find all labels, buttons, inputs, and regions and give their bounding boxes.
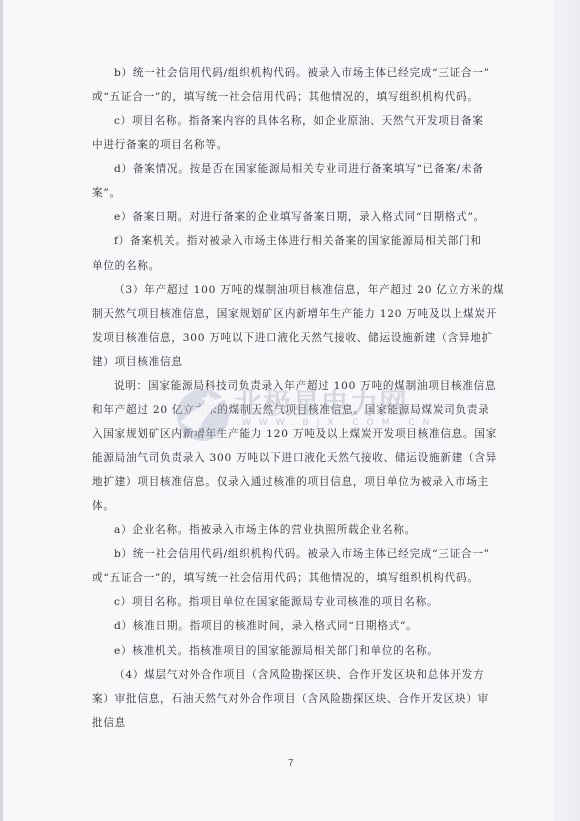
text-line: 制天然气项目核准信息，国家规划矿区内新增年生产能力 120 万吨及以上煤炭开 bbox=[92, 302, 490, 326]
text-line: 能源局油气司负责录入 300 万吨以下进口液化天然气接收、储运设施新建（含异 bbox=[92, 446, 490, 470]
section-heading-3: （3）年产超过 100 万吨的煤制油项目核准信息，年产超过 20 亿立方米的煤 bbox=[92, 278, 490, 302]
text-line: 或“五证合一”的，填写统一社会信用代码；其他情况的，填写组织机构代码。 bbox=[92, 85, 490, 109]
text-line: a）企业名称。指被录入市场主体的营业执照所载企业名称。 bbox=[92, 518, 490, 542]
text-line: d）备案情况。按是否在国家能源局相关专业司进行备案填写“已备案/未备 bbox=[92, 157, 490, 181]
text-line: 建）项目核准信息 bbox=[92, 350, 490, 374]
text-line: 或“五证合一”的，填写统一社会信用代码；其他情况的，填写组织机构代码。 bbox=[92, 566, 490, 590]
explanation-line: 说明：国家能源局科技司负责录入年产超过 100 万吨的煤制油项目核准信息 bbox=[92, 374, 490, 398]
text-line: c）项目名称。指备案内容的具体名称，如企业原油、天然气开发项目备案 bbox=[92, 109, 490, 133]
text-line: f）备案机关。指对被录入市场主体进行相关备案的国家能源局相关部门和 bbox=[92, 229, 490, 253]
text-line: 中进行备案的项目名称等。 bbox=[92, 133, 490, 157]
section-heading-4: （4）煤层气对外合作项目（含风险勘探区块、合作开发区块和总体开发方 bbox=[92, 663, 490, 687]
text-line: c）项目名称。指项目单位在国家能源局专业司核准的项目名称。 bbox=[92, 590, 490, 614]
document-page: b）统一社会信用代码/组织机构代码。被录入市场主体已经完成“三证合一” 或“五证… bbox=[0, 0, 580, 821]
text-line: 和年产超过 20 亿立方米的煤制天然气项目核准信息。国家能源局煤炭司负责录 bbox=[92, 398, 490, 422]
text-line: e）核准机关。指核准项目的国家能源局相关部门和单位的名称。 bbox=[92, 639, 490, 663]
text-line: b）统一社会信用代码/组织机构代码。被录入市场主体已经完成“三证合一” bbox=[92, 542, 490, 566]
text-line: 案）审批信息，石油天然气对外合作项目（含风险勘探区块、合作开发区块）审 bbox=[92, 687, 490, 711]
text-line: b）统一社会信用代码/组织机构代码。被录入市场主体已经完成“三证合一” bbox=[92, 61, 490, 85]
page-left-edge bbox=[0, 0, 3, 821]
text-line: 单位的名称。 bbox=[92, 254, 490, 278]
text-line: 地扩建）项目核准信息。仅录入通过核准的项目信息，项目单位为被录入市场主 bbox=[92, 470, 490, 494]
text-line: 入国家规划矿区内新增年生产能力 120 万吨及以上煤炭开发项目核准信息。国家 bbox=[92, 422, 490, 446]
page-number: 7 bbox=[288, 758, 294, 769]
text-line: 发项目核准信息，300 万吨以下进口液化天然气接收、储运设施新建（含异地扩 bbox=[92, 326, 490, 350]
text-line: 批信息 bbox=[92, 711, 490, 735]
text-line: d）核准日期。指项目的核准时间，录入格式同“日期格式”。 bbox=[92, 614, 490, 638]
text-line: e）备案日期。对进行备案的企业填写备案日期，录入格式同“日期格式”。 bbox=[92, 205, 490, 229]
text-line: 体。 bbox=[92, 494, 490, 518]
text-line: 案”。 bbox=[92, 181, 490, 205]
page-right-edge-shadow bbox=[553, 0, 580, 821]
document-body: b）统一社会信用代码/组织机构代码。被录入市场主体已经完成“三证合一” 或“五证… bbox=[92, 61, 490, 735]
